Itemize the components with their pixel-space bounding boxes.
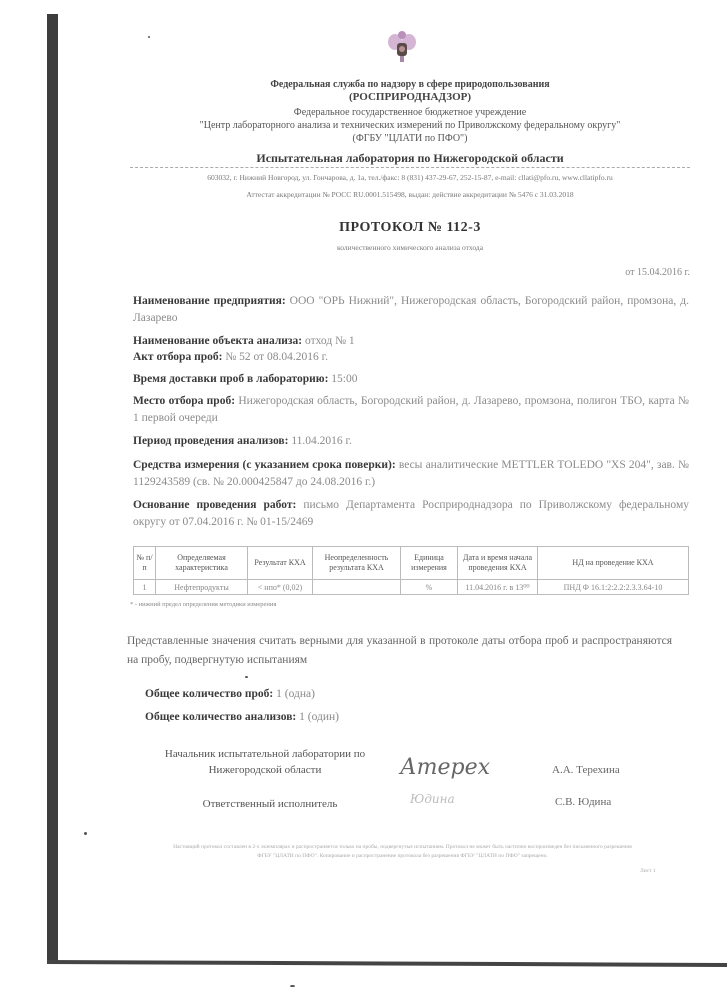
table-row: 1 Нефтепродукты < нпо* (0,02) % 11.04.20… bbox=[134, 580, 689, 595]
field-basis: Основание проведения работ: письмо Депар… bbox=[133, 497, 689, 531]
field-value: 15:00 bbox=[331, 373, 357, 385]
scan-border-bottom bbox=[47, 960, 727, 967]
field-label: Наименование объекта анализа: bbox=[133, 335, 302, 347]
scan-speck bbox=[290, 985, 295, 987]
field-label: Средства измерения (с указанием срока по… bbox=[133, 459, 396, 471]
cell-nd: ПНД Ф 16.1:2:2.2:2.3.3.64-10 bbox=[538, 580, 689, 595]
scan-speck bbox=[84, 832, 87, 835]
field-place: Место отбора проб: Нижегородская область… bbox=[133, 393, 689, 427]
cell-uncertainty bbox=[313, 580, 401, 595]
field-label: Период проведения анализов: bbox=[133, 435, 288, 447]
total-analyses-value: 1 (один) bbox=[299, 711, 339, 723]
field-label: Место отбора проб: bbox=[133, 395, 235, 407]
field-value: отход № 1 bbox=[305, 335, 355, 347]
cell-result: < нпо* (0,02) bbox=[248, 580, 313, 595]
scan-border-left bbox=[47, 14, 58, 964]
scan-speck bbox=[245, 676, 248, 678]
signatory-name-executor: С.В. Юдина bbox=[555, 796, 611, 808]
field-label: Акт отбора проб: bbox=[133, 351, 222, 363]
field-label: Время доставки проб в лабораторию: bbox=[133, 373, 328, 385]
field-instruments: Средства измерения (с указанием срока по… bbox=[133, 457, 689, 491]
validity-statement: Представленные значения считать верными … bbox=[127, 632, 672, 670]
signatory-role-head: Начальник испытательной лаборатории по Н… bbox=[155, 746, 375, 778]
protocol-subtitle: количественного химического анализа отхо… bbox=[280, 243, 540, 252]
protocol-title: ПРОТОКОЛ № 112-3 bbox=[280, 220, 540, 236]
signatory-role-executor: Ответственный исполнитель bbox=[175, 796, 365, 812]
field-value: № 52 от 08.04.2016 г. bbox=[225, 351, 328, 363]
footer-line-1: Настоящий протокол составлен в 2-х экзем… bbox=[130, 843, 675, 852]
lab-title: Испытательная лаборатория по Нижегородск… bbox=[130, 151, 690, 166]
field-object: Наименование объекта анализа: отход № 1 bbox=[133, 333, 689, 350]
cell-characteristic: Нефтепродукты bbox=[156, 580, 248, 595]
header-divider bbox=[130, 167, 690, 168]
field-value: 11.04.2016 г. bbox=[291, 435, 352, 447]
field-act: Акт отбора проб: № 52 от 08.04.2016 г. bbox=[133, 349, 689, 366]
agency-abbr: (РОСПРИРОДНАДЗОР) bbox=[130, 91, 690, 104]
col-header-number: № п/п bbox=[134, 547, 156, 580]
total-samples-value: 1 (одна) bbox=[276, 688, 315, 700]
cell-number: 1 bbox=[134, 580, 156, 595]
col-header-uncertainty: Неопределенность результата КХА bbox=[313, 547, 401, 580]
field-enterprise: Наименование предприятия: ООО "ОРЬ Нижни… bbox=[133, 293, 689, 327]
total-analyses-label: Общее количество анализов: bbox=[145, 711, 296, 723]
footer-line-2: ФГБУ "ЦЛАТИ по ПФО". Копирование и распр… bbox=[130, 852, 675, 861]
signature-executor: Юдина bbox=[410, 792, 455, 806]
signatory-name-head: А.А. Терехина bbox=[552, 764, 620, 776]
footer-disclaimer: Настоящий протокол составлен в 2-х экзем… bbox=[130, 843, 675, 861]
col-header-nd: НД на проведение КХА bbox=[538, 547, 689, 580]
protocol-date: от 15.04.2016 г. bbox=[560, 267, 690, 278]
signature-head: Атерех bbox=[400, 755, 490, 780]
table-footnote: * - нижний предел определения методики и… bbox=[130, 601, 276, 608]
page-number: Лист 1 bbox=[640, 868, 656, 874]
col-header-result: Результат КХА bbox=[248, 547, 313, 580]
lab-address: 603032, г. Нижний Новгород, ул. Гончаров… bbox=[125, 173, 695, 182]
institution-name: "Центр лабораторного анализа и техническ… bbox=[130, 119, 690, 132]
cell-unit: % bbox=[401, 580, 458, 595]
col-header-datetime: Дата и время начала проведения КХА bbox=[458, 547, 538, 580]
results-table: № п/п Определяемая характеристика Резуль… bbox=[133, 546, 689, 595]
field-label: Наименование предприятия: bbox=[133, 295, 286, 307]
total-analyses: Общее количество анализов: 1 (один) bbox=[145, 711, 339, 723]
institution-abbr: (ФГБУ "ЦЛАТИ по ПФО") bbox=[130, 132, 690, 145]
field-period: Период проведения анализов: 11.04.2016 г… bbox=[133, 433, 689, 450]
emblem-icon bbox=[387, 30, 417, 64]
scan-speck bbox=[148, 36, 150, 38]
col-header-characteristic: Определяемая характеристика bbox=[156, 547, 248, 580]
field-delivery: Время доставки проб в лабораторию: 15:00 bbox=[133, 371, 689, 388]
col-header-unit: Единица измерения bbox=[401, 547, 458, 580]
total-samples-label: Общее количество проб: bbox=[145, 688, 273, 700]
institution-type: Федеральное государственное бюджетное уч… bbox=[130, 106, 690, 119]
cell-datetime: 11.04.2016 г. в 13⁰⁰ bbox=[458, 580, 538, 595]
table-header-row: № п/п Определяемая характеристика Резуль… bbox=[134, 547, 689, 580]
accreditation: Аттестат аккредитации № РОСС RU.0001.515… bbox=[125, 190, 695, 199]
field-label: Основание проведения работ: bbox=[133, 499, 296, 511]
agency-name: Федеральная служба по надзору в сфере пр… bbox=[130, 78, 690, 91]
total-samples: Общее количество проб: 1 (одна) bbox=[145, 688, 315, 700]
